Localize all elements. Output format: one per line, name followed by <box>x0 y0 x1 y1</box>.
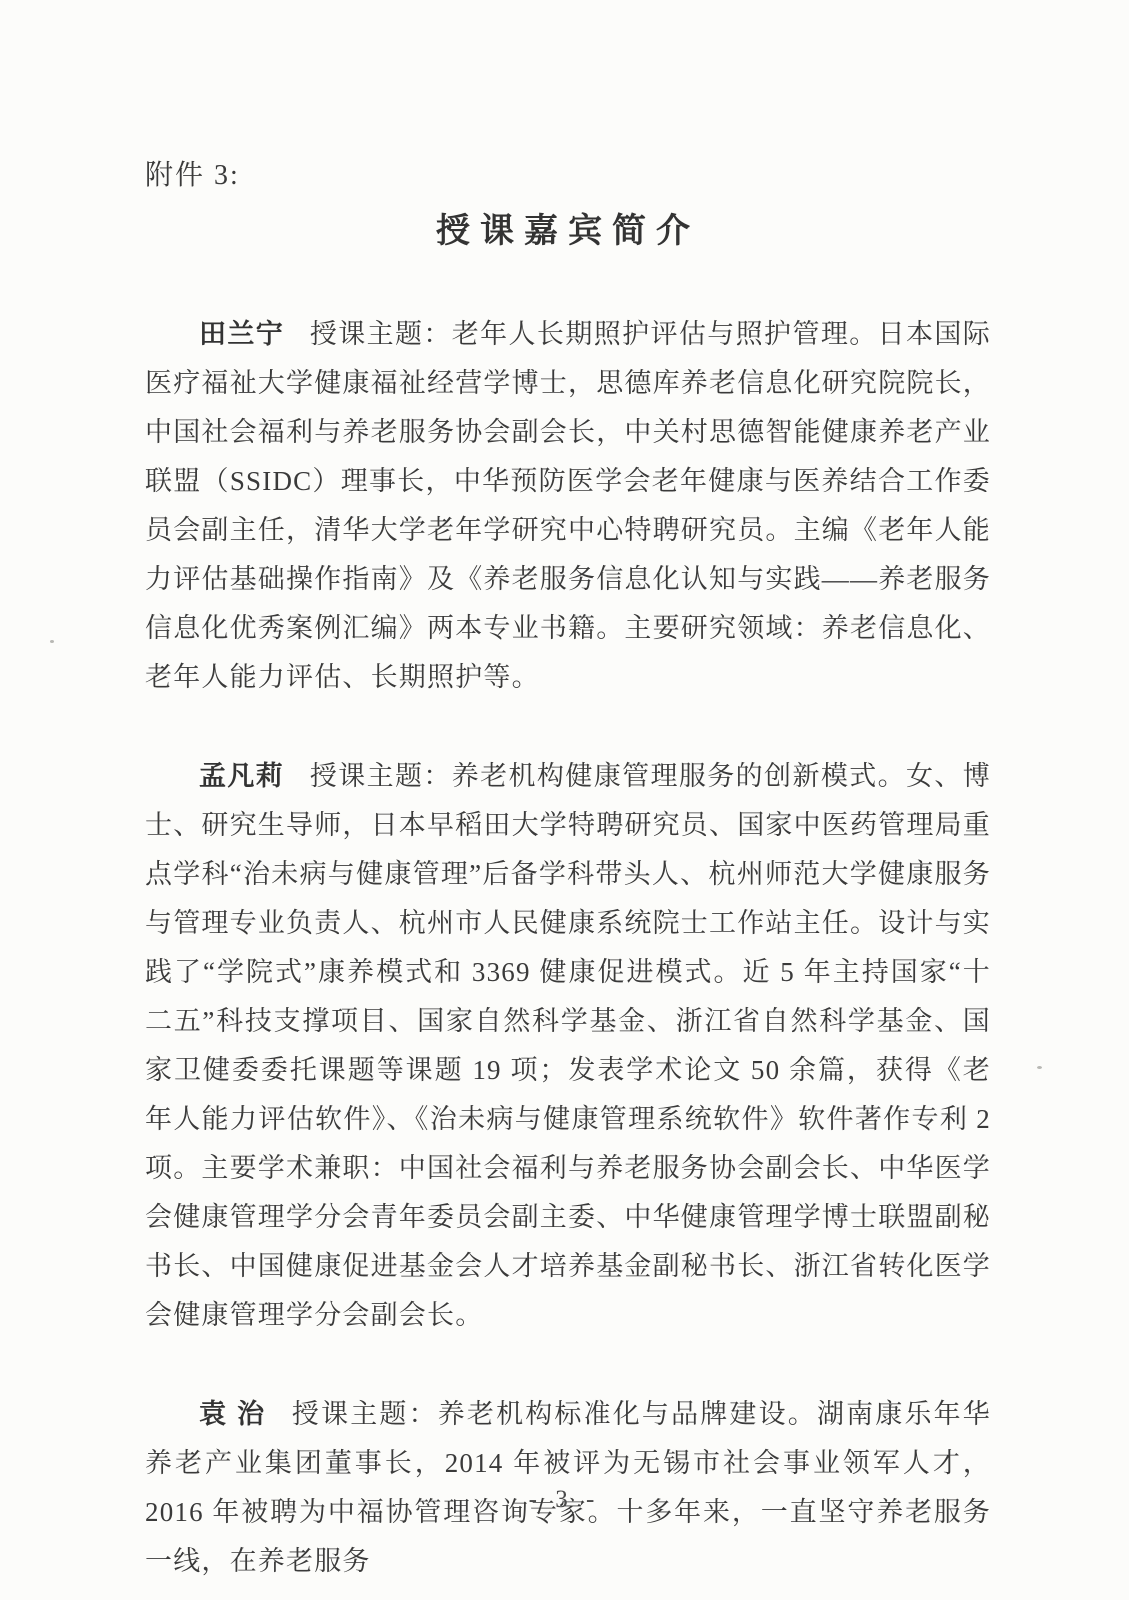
scan-speck <box>1037 1066 1042 1069</box>
page-title: 授课嘉宾简介 <box>145 208 991 256</box>
speaker-paragraph: 田兰宁授课主题：老年人长期照护评估与照护管理。日本国际医疗福祉大学健康福祉经营学… <box>145 310 991 702</box>
scanned-document-page: 附件 3: 授课嘉宾简介 田兰宁授课主题：老年人长期照护评估与照护管理。日本国际… <box>0 0 1129 1600</box>
speaker-paragraph: 孟凡莉授课主题：养老机构健康管理服务的创新模式。女、博士、研究生导师，日本早稻田… <box>145 752 991 1340</box>
speaker-name: 孟凡莉 <box>199 761 284 791</box>
document-content: 附件 3: 授课嘉宾简介 田兰宁授课主题：老年人长期照护评估与照护管理。日本国际… <box>0 0 1129 1586</box>
speaker-name: 田兰宁 <box>199 319 284 349</box>
speaker-bio: 授课主题：养老机构健康管理服务的创新模式。女、博士、研究生导师，日本早稻田大学特… <box>145 761 991 1330</box>
speaker-bio: 授课主题：老年人长期照护评估与照护管理。日本国际医疗福祉大学健康福祉经营学博士，… <box>145 319 991 692</box>
scan-speck <box>50 640 54 643</box>
page-number: - 3 - <box>0 1486 1129 1514</box>
speaker-bios: 田兰宁授课主题：老年人长期照护评估与照护管理。日本国际医疗福祉大学健康福祉经营学… <box>145 310 991 1586</box>
speaker-name: 袁 治 <box>199 1399 266 1429</box>
attachment-label: 附件 3: <box>145 156 991 196</box>
